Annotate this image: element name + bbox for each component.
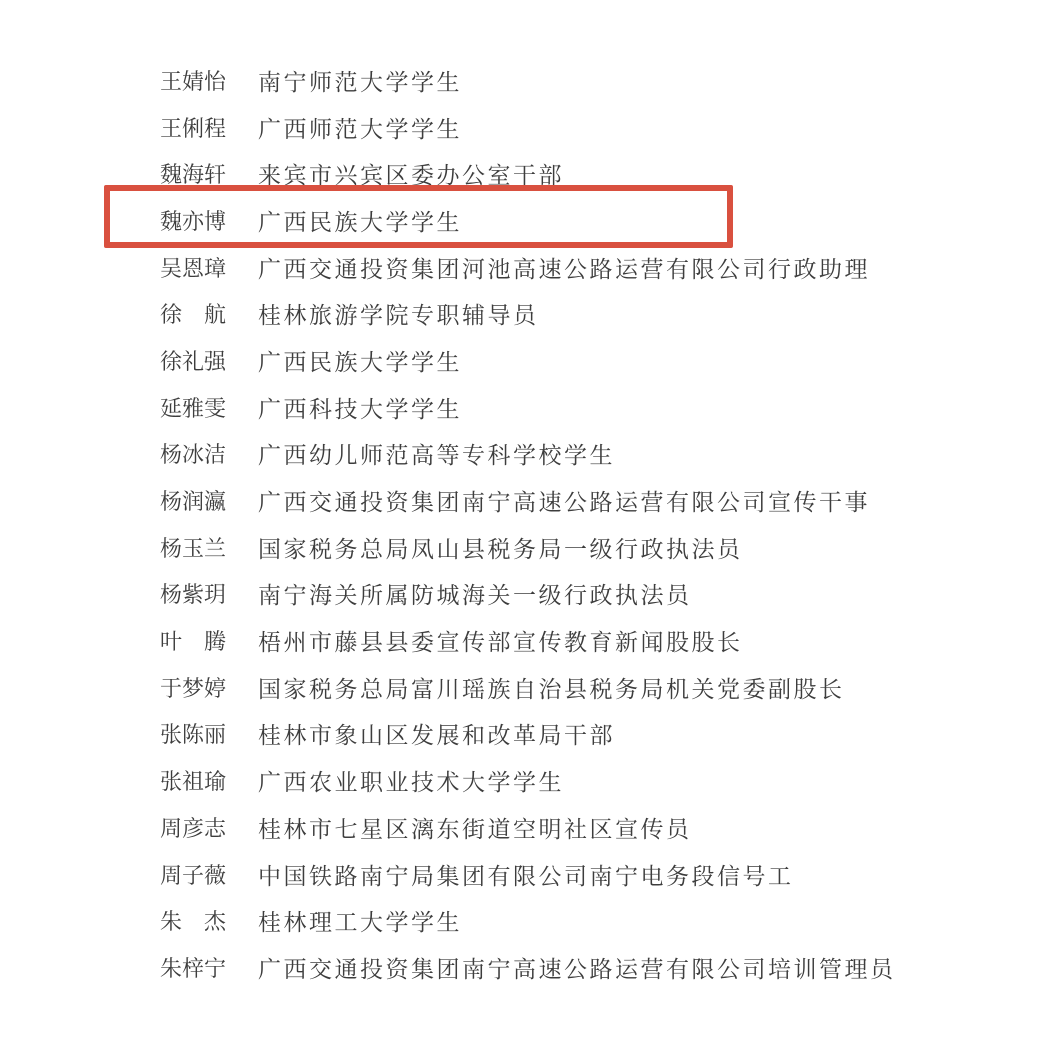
list-item: 王俐程 广西师范大学学生 xyxy=(0,104,1038,151)
person-title: 桂林市象山区发展和改革局干部 xyxy=(258,717,615,750)
person-name: 杨润瀛 xyxy=(160,485,226,516)
person-title: 南宁师范大学学生 xyxy=(258,64,462,97)
person-title: 广西民族大学学生 xyxy=(258,344,462,377)
list-item: 叶 腾 梧州市藤县县委宣传部宣传教育新闻股股长 xyxy=(0,617,1038,664)
person-title: 来宾市兴宾区委办公室干部 xyxy=(258,157,564,190)
person-title: 梧州市藤县县委宣传部宣传教育新闻股股长 xyxy=(258,624,743,657)
list-item: 杨润瀛 广西交通投资集团南宁高速公路运营有限公司宣传干事 xyxy=(0,477,1038,524)
person-name: 张祖瑜 xyxy=(160,765,226,796)
list-item: 徐礼强 广西民族大学学生 xyxy=(0,337,1038,384)
list-item: 于梦婷 国家税务总局富川瑶族自治县税务局机关党委副股长 xyxy=(0,664,1038,711)
list-item: 杨紫玥 南宁海关所属防城海关一级行政执法员 xyxy=(0,571,1038,618)
list-item: 张祖瑜 广西农业职业技术大学学生 xyxy=(0,757,1038,804)
list-item: 朱梓宁 广西交通投资集团南宁高速公路运营有限公司培训管理员 xyxy=(0,944,1038,991)
person-name: 王婧怡 xyxy=(160,65,226,96)
person-name: 魏亦博 xyxy=(160,205,226,236)
person-name: 杨玉兰 xyxy=(160,532,226,563)
person-title: 广西科技大学学生 xyxy=(258,391,462,424)
person-name: 杨紫玥 xyxy=(160,578,226,609)
person-title: 广西民族大学学生 xyxy=(258,204,462,237)
person-name: 杨冰洁 xyxy=(160,438,226,469)
list-item: 杨玉兰 国家税务总局凤山县税务局一级行政执法员 xyxy=(0,524,1038,571)
person-title: 广西交通投资集团南宁高速公路运营有限公司培训管理员 xyxy=(258,951,896,984)
person-title: 桂林理工大学学生 xyxy=(258,904,462,937)
person-name: 朱梓宁 xyxy=(160,952,226,983)
recipient-list: 王婧怡 南宁师范大学学生 王俐程 广西师范大学学生 魏海轩 来宾市兴宾区委办公室… xyxy=(0,57,1038,991)
person-name: 延雅雯 xyxy=(160,392,226,423)
person-name: 王俐程 xyxy=(160,112,226,143)
list-item: 魏海轩 来宾市兴宾区委办公室干部 xyxy=(0,150,1038,197)
person-name: 徐 航 xyxy=(160,298,226,329)
person-name: 张陈丽 xyxy=(160,718,226,749)
person-title: 广西幼儿师范高等专科学校学生 xyxy=(258,437,615,470)
list-item: 周子薇 中国铁路南宁局集团有限公司南宁电务段信号工 xyxy=(0,851,1038,898)
list-item: 杨冰洁 广西幼儿师范高等专科学校学生 xyxy=(0,431,1038,478)
person-title: 广西农业职业技术大学学生 xyxy=(258,764,564,797)
list-item: 吴恩璋 广西交通投资集团河池高速公路运营有限公司行政助理 xyxy=(0,244,1038,291)
person-title: 中国铁路南宁局集团有限公司南宁电务段信号工 xyxy=(258,858,794,891)
list-item: 周彦志 桂林市七星区漓东街道空明社区宣传员 xyxy=(0,804,1038,851)
person-title: 国家税务总局富川瑶族自治县税务局机关党委副股长 xyxy=(258,671,845,704)
person-name: 于梦婷 xyxy=(160,672,226,703)
person-title: 广西交通投资集团河池高速公路运营有限公司行政助理 xyxy=(258,251,870,284)
person-title: 南宁海关所属防城海关一级行政执法员 xyxy=(258,577,692,610)
person-name: 徐礼强 xyxy=(160,345,226,376)
person-title: 广西师范大学学生 xyxy=(258,111,462,144)
person-title: 国家税务总局凤山县税务局一级行政执法员 xyxy=(258,531,743,564)
document-page: 王婧怡 南宁师范大学学生 王俐程 广西师范大学学生 魏海轩 来宾市兴宾区委办公室… xyxy=(0,0,1038,1039)
list-item: 徐 航 桂林旅游学院专职辅导员 xyxy=(0,290,1038,337)
list-item: 张陈丽 桂林市象山区发展和改革局干部 xyxy=(0,711,1038,758)
person-title: 桂林旅游学院专职辅导员 xyxy=(258,297,539,330)
list-item: 魏亦博 广西民族大学学生 xyxy=(0,197,1038,244)
list-item: 王婧怡 南宁师范大学学生 xyxy=(0,57,1038,104)
person-name: 魏海轩 xyxy=(160,158,226,189)
person-name: 朱 杰 xyxy=(160,905,226,936)
person-name: 吴恩璋 xyxy=(160,252,226,283)
person-title: 桂林市七星区漓东街道空明社区宣传员 xyxy=(258,811,692,844)
person-name: 周子薇 xyxy=(160,859,226,890)
person-name: 叶 腾 xyxy=(160,625,226,656)
person-title: 广西交通投资集团南宁高速公路运营有限公司宣传干事 xyxy=(258,484,870,517)
list-item: 延雅雯 广西科技大学学生 xyxy=(0,384,1038,431)
person-name: 周彦志 xyxy=(160,812,226,843)
list-item: 朱 杰 桂林理工大学学生 xyxy=(0,897,1038,944)
